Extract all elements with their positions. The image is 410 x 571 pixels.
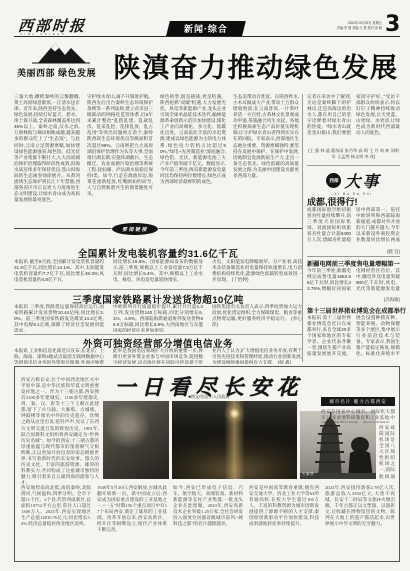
- night-cityscape-photo: [172, 401, 297, 479]
- city-card-label: 城市名片·魅力古都西安: [321, 397, 395, 406]
- lead-col-4: 生态美带动百姓富。在陕西柞水,小木耳做成大产业,带动上万群众增收致富;在云南普洱…: [233, 94, 299, 228]
- telecom-col-2: 此举是我国电信领域扩大开放的重要一步,将吸引更多外资企业参与中国市场竞争,促进数…: [113, 348, 203, 364]
- main-headline: 陕滇奋力推动绿色发展: [108, 46, 404, 85]
- news-links-badge: 要闻链接: [112, 223, 158, 235]
- feature-box: 西安古称长安,位于中国西北地区关中平原中部,是中华民族和华夏文明重要发祥地之一。…: [14, 366, 400, 562]
- kicker-label: 美丽西部 绿色发展: [17, 66, 96, 79]
- band-rule-1: [14, 289, 302, 290]
- header-rule: [14, 36, 400, 37]
- strip-rule-2: [307, 256, 400, 257]
- power-col-2: 同比增长19.8%。国家能源局发布的数据显示,前三季度,规模以上工业发电量7.3…: [113, 259, 203, 287]
- lead-story-body: 三秦大地,横跨秦岭的云雾翻腾,黄土高原绿意渐浓,一江清水送京津。近年来,陕西坚持…: [14, 94, 300, 228]
- railway-col-3: 国铁集团有关负责人表示,四季度将加大运力投放,优化货运组织,全力保障煤炭、粮食等…: [212, 304, 302, 332]
- dashi-logo: 西部 大事 Xi Bu Da Shi: [307, 169, 400, 196]
- band-rule-2: [14, 334, 302, 335]
- lead-story-continued: 记者在采访中了解到,无论是秦岭脚下的护林员,还是洱海边的治水人,都在用自己的坚守…: [307, 94, 400, 146]
- feature-bottom-col-2: 1949年5月20日,西安解放,古城从此翻开崭新一页。新中国成立后,西安成为国家…: [97, 485, 167, 555]
- feature-right-top: 西安是国家中心城市、国际化大都市,国家重要科研教育和工业基地,中国最佳旅游目的地…: [321, 409, 395, 423]
- column-divider: [302, 94, 303, 362]
- staff-line: 责编:李 强 美编:王 晨 校对:刘 颖: [326, 26, 382, 31]
- strip-rule-1: [307, 165, 400, 166]
- feature-bottom-col-4: 西安是中国高等教育重镇,拥有西安交通大学、西北工业大学等63所普通高校,在校大学…: [249, 485, 319, 555]
- pagoda-caption: 大雁塔: [302, 472, 314, 477]
- railway-col-1: 本报讯 三季度,铁路货运量保持高位运行,国家铁路累计发送货物10.44亿吨,同比…: [14, 304, 104, 332]
- section-badge: 新闻·综合: [166, 21, 246, 36]
- lead-col-2: 守护绿水青山,离不开制度护航。陕西先后出台秦岭生态环境保护条例等一系列法规,建立…: [87, 94, 153, 228]
- lead-col-3: 绿色转型,既是挑战,更是机遇。陕西抢抓“双碳”机遇,大力发展光伏、风电等新能源产…: [160, 94, 226, 228]
- dashi-title: 大事: [344, 169, 380, 192]
- xinjiang-headline: 新疆电网前三季度售电量增幅第一: [307, 259, 400, 268]
- reporter-names: (王 强 林 晶 董丝雨 张丹华 高 炳 王 丹 周 欢 刘明军 王孟然 杨文明…: [307, 148, 400, 163]
- right-strip: 记者在采访中了解到,无论是秦岭脚下的护林员,还是洱海边的治水人,都在用自己的坚守…: [307, 94, 400, 362]
- feature-bottom-col-1: 西安地势南高北低,南依秦岭,北临渭河,气候温和,四季分明。全市下辖11个区、2个…: [21, 485, 91, 555]
- pigexpo-body: 本报讯 第十三届世界猪业博览会近日在成都举行,来自全球20多个国家和地区的专家学…: [307, 315, 400, 361]
- section-badge-label: 新闻·综合: [184, 22, 228, 35]
- news-links-band: 要闻链接 全国累计发电装机容量约31.6亿千瓦 本报讯 截至9月底,全国累计发电…: [14, 228, 302, 364]
- mountain-icon: [32, 40, 90, 64]
- lead-col-1: 三秦大地,横跨秦岭的云雾翻腾,黄土高原绿意渐浓,一江清水送京津。近年来,陕西坚持…: [14, 94, 80, 228]
- chengdu-body: 成都国际航空枢纽旅客吞吐量持续攀升,前三季度天府国际机场、双流国际机场旅客吞吐量…: [307, 207, 400, 249]
- power-col-3: 火电、太阳能发电降幅收窄。分产业看,高技术及装备制造业用电量保持快速增长,电力消…: [212, 259, 302, 287]
- feature-right-side: 西安咸阳国际机场是全国八大区域性枢纽机场之一,国际航线通达全球37个国家、76个…: [379, 425, 395, 479]
- page-number: 3: [385, 12, 400, 37]
- xinjiang-byline: (冯海敏): [307, 297, 400, 303]
- xinjiang-body: 今年前三季度,新疆电网完成售电量1883.96亿千瓦时,同比增长23.79%,增…: [307, 268, 400, 298]
- chengdu-byline: (晓 宜): [307, 249, 400, 255]
- sculpture-photo: [103, 401, 169, 479]
- pigexpo-headline: 第十三届世界猪业博览会在成都举行: [307, 306, 406, 315]
- feature-bottom-col-5: 2023年,西安接待游客2.78亿人次,旅游总收入3350亿元,大唐不夜城、长安…: [325, 485, 395, 555]
- telecom-col-3: 业内人士认为,扩大增值电信业务开放,有利于引进先进技术和管理经验,推动行业创新发…: [212, 348, 302, 364]
- newspaper-page: 西部时报 XIBU SHIBAO 新闻·综合 2024年10月25日 星期五 责…: [0, 0, 410, 571]
- power-capacity-headline: 全国累计发电装机容量约31.6亿千瓦: [14, 246, 302, 260]
- feature-bottom-col-3: 如今,西安已形成电子信息、汽车、航空航天、高端装备、新材料新能源等支柱产业集群,…: [173, 485, 243, 555]
- telecom-col-1: 本报讯 工业和信息化部近日宣布,在北京、上海、海南、深圳4地试点取消互联网数据中…: [14, 348, 104, 364]
- power-col-1: 本报讯 截至9月底,全国累计发电装机容量约31.6亿千瓦,同比增长14.1%。其…: [14, 259, 104, 287]
- railway-col-2: 中欧班列开行质量稳步提升,累计开行超1.3万列,发送货物140万标箱,同比分别增…: [113, 304, 203, 332]
- date-block: 2024年10月25日 星期五 责编:李 强 美编:王 晨 校对:刘 颖: [326, 21, 382, 31]
- feature-byline: ■图文/西安市人民政府: [101, 394, 317, 400]
- globe-icon: 西部: [326, 173, 341, 188]
